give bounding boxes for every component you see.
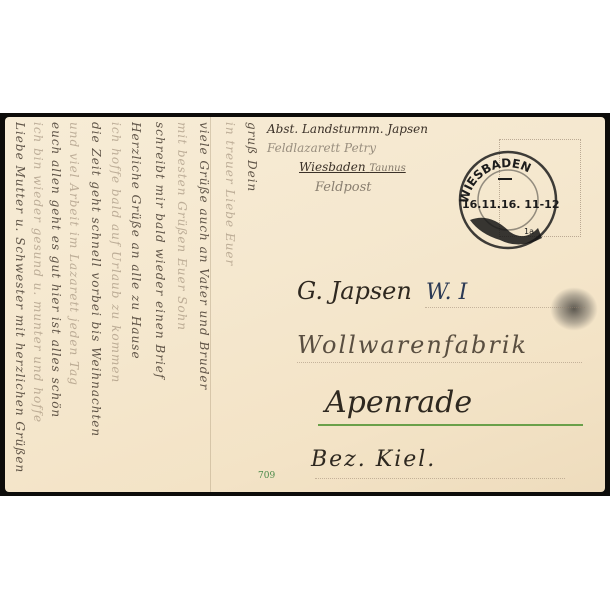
message-line: mit besten Grüßen Euer Sohn: [175, 122, 189, 482]
handwritten-message: Liebe Mutter u. Schwester mit herzlichen…: [5, 117, 295, 492]
postcard: Liebe Mutter u. Schwester mit herzlichen…: [5, 117, 605, 492]
message-line: euch allen geht es gut hier ist alles sc…: [49, 122, 63, 482]
postmark: WIESBADEN 16.11.16. 11-12 V. 1a: [450, 142, 560, 252]
ink-smudge: [550, 287, 598, 331]
sender-line-3: Wiesbaden Taunus: [299, 158, 467, 178]
postmark-date: 16.11.16. 11-12 V.: [462, 198, 560, 211]
postmark-code: 1a: [524, 227, 534, 236]
sender-line-1: Abst. Landsturmm. Japsen: [267, 120, 467, 139]
address-line: [297, 362, 582, 363]
print-number: 709: [258, 471, 275, 481]
message-line: und viel Arbeit im Lazarett jeden Tag: [67, 122, 81, 482]
green-address-line: [318, 424, 583, 426]
recipient-city: Apenrade: [325, 385, 472, 420]
message-line: gruß Dein: [245, 122, 259, 482]
message-line: die Zeit geht schnell vorbei bis Weihnac…: [89, 122, 103, 482]
address-line: [315, 478, 565, 479]
recipient-region: Bez. Kiel.: [311, 447, 436, 472]
address-line: [425, 307, 585, 308]
sender-city: Wiesbaden: [299, 160, 366, 174]
recipient-name: G. Japsen: [297, 277, 412, 305]
message-line: viele Grüße auch an Vater und Bruder: [197, 122, 211, 482]
sender-line-4: Feldpost: [315, 178, 467, 197]
recipient-annotation: W. I: [426, 280, 467, 305]
message-line: schreibt mir bald wieder einen Brief: [153, 122, 167, 482]
message-line: in treuer Liebe Euer: [223, 122, 237, 482]
message-line: ich hoffe bald auf Urlaub zu kommen: [109, 122, 123, 482]
recipient-company: Wollwarenfabrik: [297, 331, 528, 359]
sender-city-suffix: Taunus: [369, 163, 405, 174]
sender-block: Abst. Landsturmm. Japsen Feldlazarett Pe…: [267, 120, 467, 197]
sender-line-2: Feldlazarett Petry: [267, 139, 467, 158]
message-line: Herzliche Grüße an alle zu Hause: [129, 122, 143, 482]
message-line: Liebe Mutter u. Schwester mit herzlichen…: [13, 122, 27, 482]
recipient-name-line: G. JapsenW. I: [297, 277, 467, 305]
message-line: ich bin wieder gesund u. munter und hoff…: [31, 122, 45, 482]
